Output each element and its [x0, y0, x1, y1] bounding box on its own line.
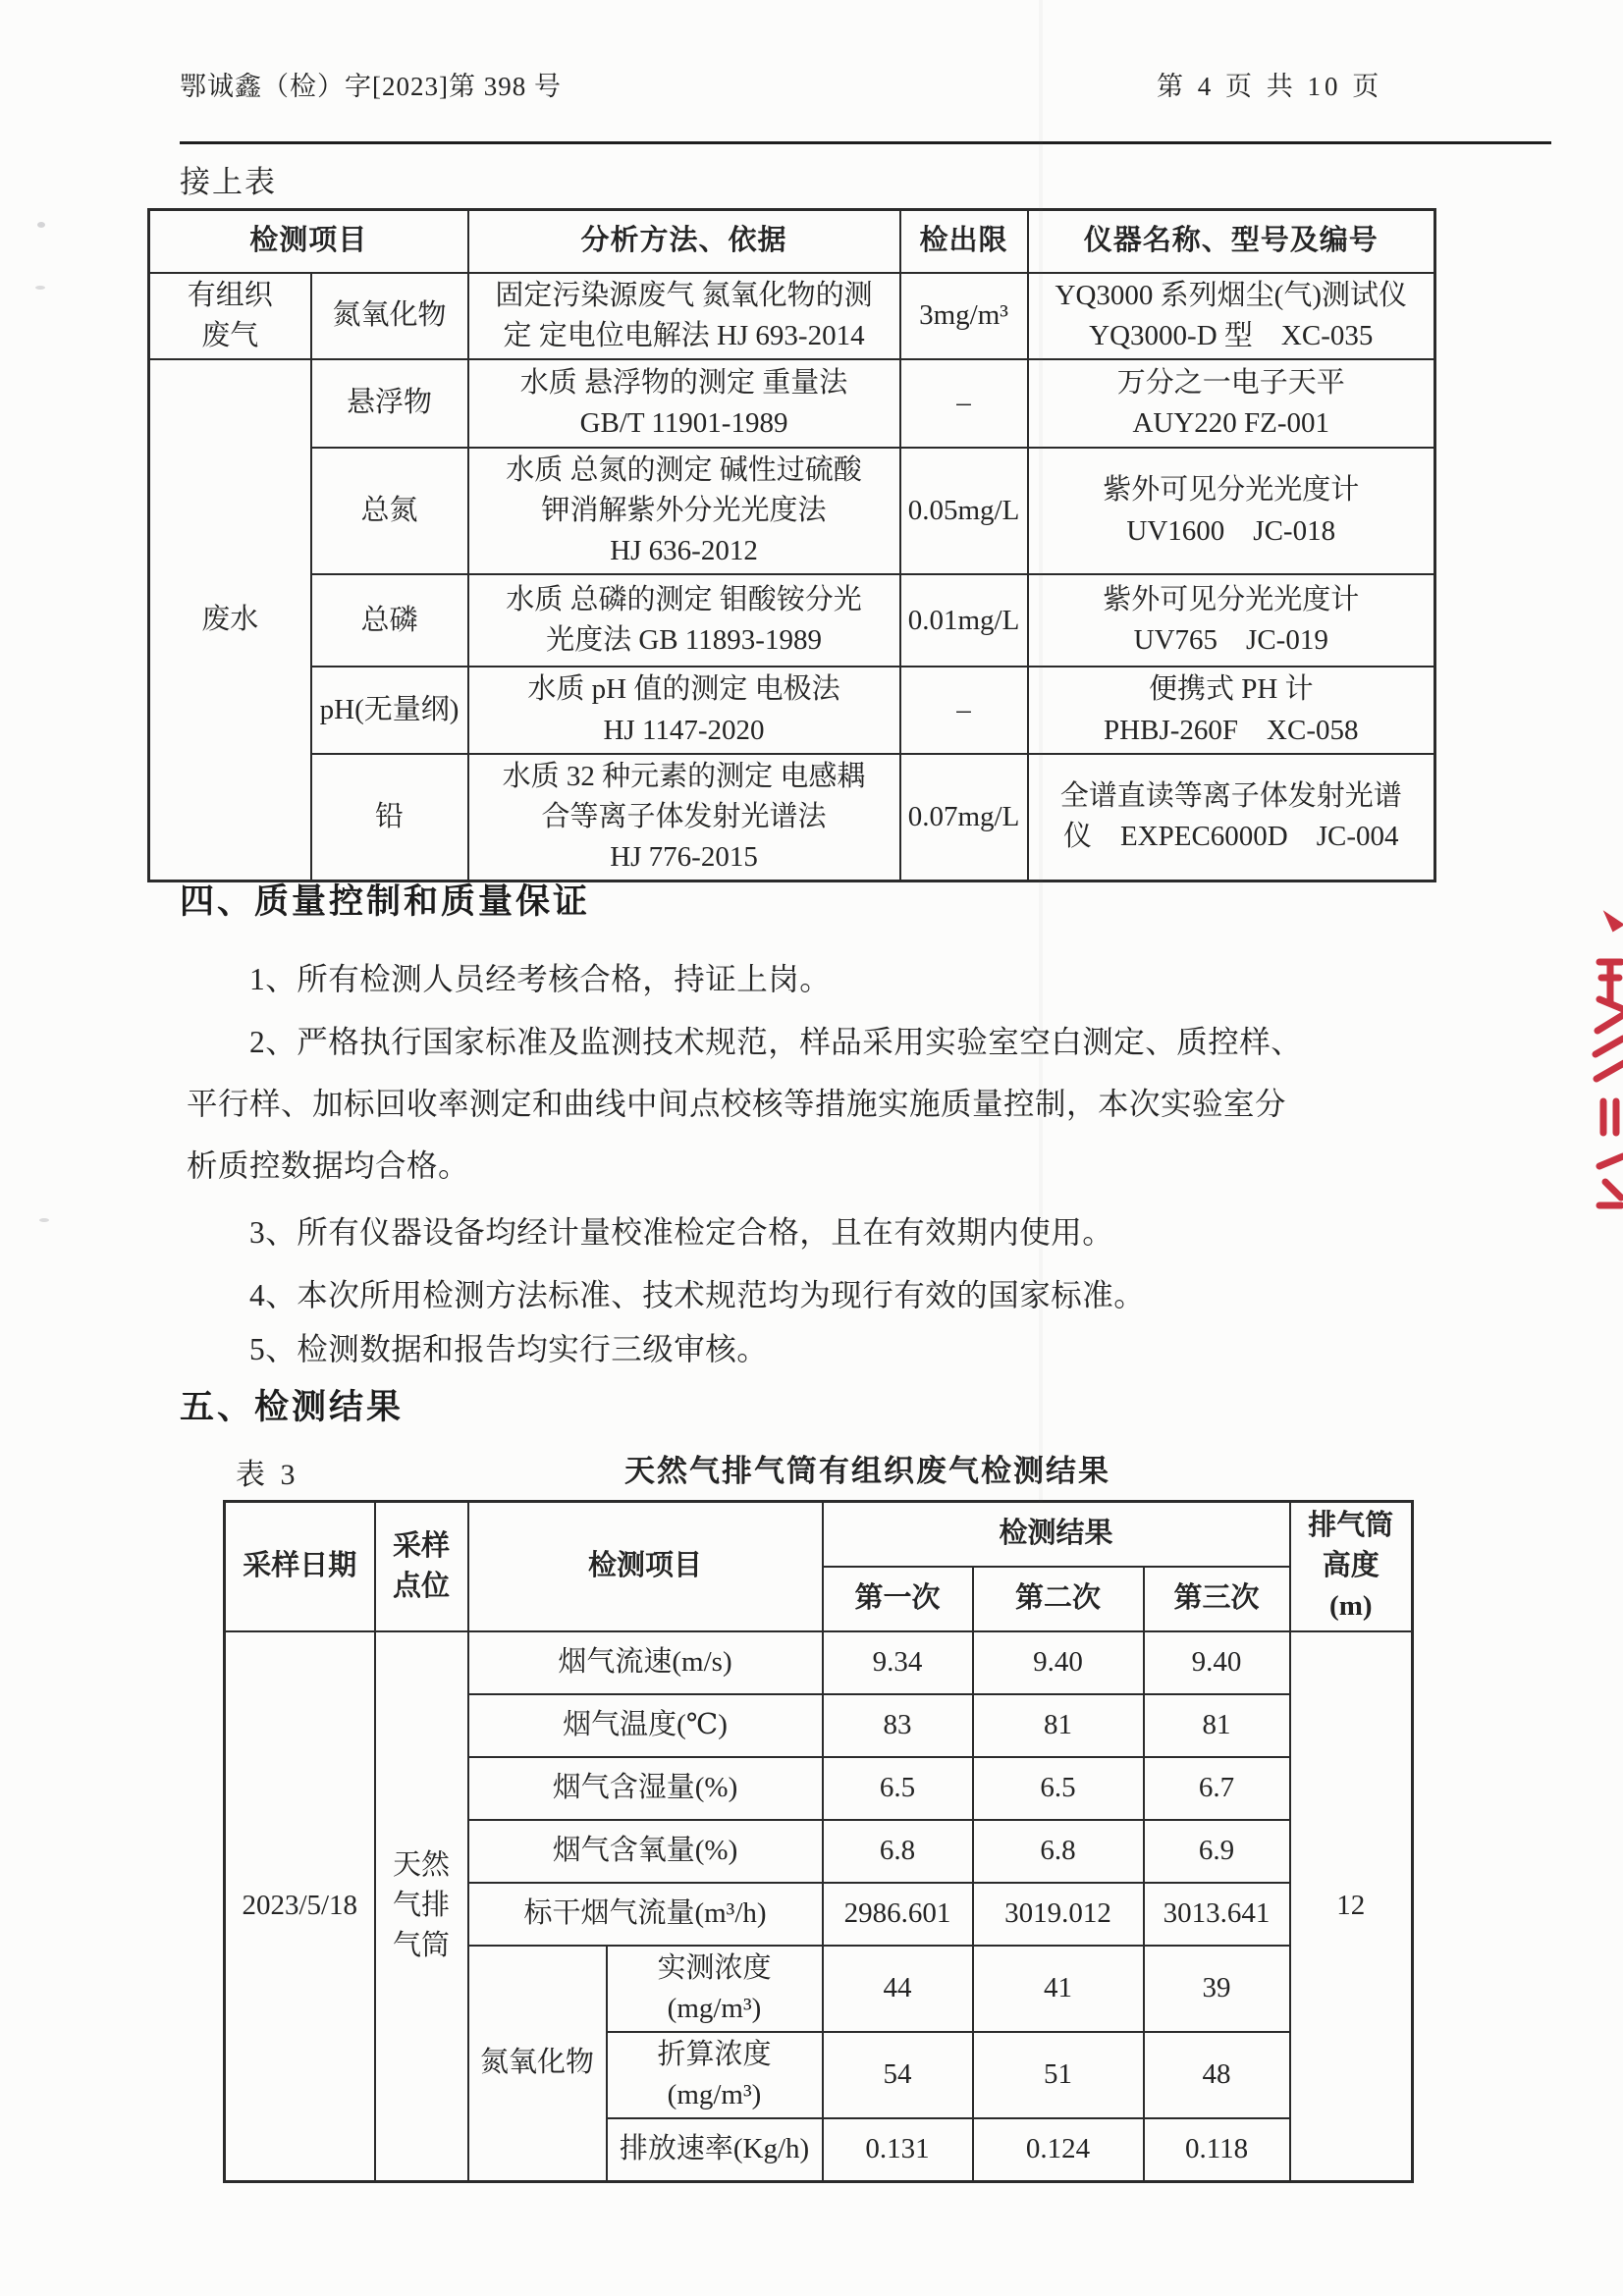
t3-header-run1: 第一次: [823, 1567, 973, 1631]
t3-header-result: 检测结果: [823, 1502, 1290, 1567]
table-row: 总氮 水质 总氮的测定 碱性过硫酸 钾消解紫外分光光度法 HJ 636-2012…: [149, 448, 1435, 575]
t1-method: 水质 总氮的测定 碱性过硫酸 钾消解紫外分光光度法 HJ 636-2012: [468, 448, 900, 575]
t3-value: 51: [973, 2032, 1144, 2118]
t1-item: 氮氧化物: [311, 273, 468, 359]
t3-value: 81: [973, 1694, 1144, 1757]
t1-method: 水质 总磷的测定 钼酸铵分光 光度法 GB 11893-1989: [468, 574, 900, 667]
table-row: 铅 水质 32 种元素的测定 电感耦 合等离子体发射光谱法 HJ 776-201…: [149, 754, 1435, 881]
t3-item: 烟气含氧量(%): [468, 1820, 823, 1883]
t3-value: 6.8: [973, 1820, 1144, 1883]
t3-header-item: 检测项目: [468, 1502, 823, 1631]
scan-speck: [39, 1218, 49, 1222]
t1-method: 固定污染源废气 氮氧化物的测 定 定电位电解法 HJ 693-2014: [468, 273, 900, 359]
t1-instrument: 全谱直读等离子体发射光谱 仪 EXPEC6000D JC-004: [1028, 754, 1435, 881]
header-rule: [180, 141, 1551, 144]
page-indicator: 第 4 页 共 10 页: [1157, 65, 1382, 103]
t3-value: 0.118: [1144, 2118, 1290, 2181]
table-row: pH(无量纲) 水质 pH 值的测定 电极法 HJ 1147-2020 – 便携…: [149, 667, 1435, 753]
table-row: 废水 悬浮物 水质 悬浮物的测定 重量法 GB/T 11901-1989 – 万…: [149, 359, 1435, 448]
t3-header-run2: 第二次: [973, 1567, 1144, 1631]
t3-value: 41: [973, 1946, 1144, 2032]
red-stamp-fragment: [1570, 905, 1623, 1229]
t3-value: 81: [1144, 1694, 1290, 1757]
t1-header-limit: 检出限: [900, 210, 1028, 273]
t1-instrument: 紫外可见分光光度计 UV765 JC-019: [1028, 574, 1435, 667]
scan-speck: [37, 222, 45, 228]
t3-item: 折算浓度(mg/m³): [607, 2032, 823, 2118]
qc-item-3: 3、所有仪器设备均经计量校准检定合格，且在有效期内使用。: [187, 1201, 1443, 1263]
section-4-title: 四、质量控制和质量保证: [180, 875, 590, 924]
t3-item: 实测浓度(mg/m³): [607, 1946, 823, 2032]
t1-group-wastewater: 废水: [149, 359, 311, 881]
t3-value: 9.34: [823, 1631, 973, 1694]
t3-value: 48: [1144, 2032, 1290, 2118]
t3-value: 54: [823, 2032, 973, 2118]
t3-value: 0.124: [973, 2118, 1144, 2181]
qc-item-2: 2、严格执行国家标准及监测技术规范，样品采用实验室空白测定、质控样、 平行样、加…: [187, 1011, 1443, 1197]
t1-limit: 0.01mg/L: [900, 574, 1028, 667]
table-continuation-note: 接上表: [180, 157, 277, 201]
t1-header-method: 分析方法、依据: [468, 210, 900, 273]
t3-value: 6.9: [1144, 1820, 1290, 1883]
t3-item: 标干烟气流量(m³/h): [468, 1883, 823, 1946]
t3-item: 烟气流速(m/s): [468, 1631, 823, 1694]
scan-speck: [35, 286, 45, 290]
t3-value: 3019.012: [973, 1883, 1144, 1946]
qc-item-4: 4、本次所用检测方法标准、技术规范均为现行有效的国家标准。: [187, 1264, 1443, 1326]
t3-sample-date: 2023/5/18: [225, 1631, 375, 2182]
t3-header-run3: 第三次: [1144, 1567, 1290, 1631]
t1-limit: –: [900, 667, 1028, 753]
t1-header-row: 检测项目 分析方法、依据 检出限 仪器名称、型号及编号: [149, 210, 1435, 273]
t1-header-item: 检测项目: [149, 210, 468, 273]
t1-header-instrument: 仪器名称、型号及编号: [1028, 210, 1435, 273]
t3-value: 6.5: [823, 1757, 973, 1820]
t3-value: 44: [823, 1946, 973, 2032]
t1-limit: 0.07mg/L: [900, 754, 1028, 881]
t1-group-gas: 有组织 废气: [149, 273, 311, 359]
t3-value: 6.7: [1144, 1757, 1290, 1820]
scanned-report-page: 鄂诚鑫（检）字[2023]第 398 号 第 4 页 共 10 页 接上表 检测…: [0, 0, 1623, 2296]
t1-item: 总磷: [311, 574, 468, 667]
qc-item-1: 1、所有检测人员经考核合格，持证上岗。: [187, 948, 1443, 1010]
table-row: 总磷 水质 总磷的测定 钼酸铵分光 光度法 GB 11893-1989 0.01…: [149, 574, 1435, 667]
emission-results-table: 采样日期 采样 点位 检测项目 检测结果 排气筒 高度 (m) 第一次 第二次 …: [223, 1500, 1414, 2183]
t1-instrument: 便携式 PH 计 PHBJ-260F XC-058: [1028, 667, 1435, 753]
t1-instrument: 万分之一电子天平 AUY220 FZ-001: [1028, 359, 1435, 448]
qc-item-5: 5、检测数据和报告均实行三级审核。: [187, 1318, 1443, 1380]
table3-label: 表 3: [236, 1450, 299, 1493]
t1-instrument: YQ3000 系列烟尘(气)测试仪 YQ3000-D 型 XC-035: [1028, 273, 1435, 359]
t1-instrument: 紫外可见分光光度计 UV1600 JC-018: [1028, 448, 1435, 575]
t1-item: pH(无量纲): [311, 667, 468, 753]
t1-method: 水质 32 种元素的测定 电感耦 合等离子体发射光谱法 HJ 776-2015: [468, 754, 900, 881]
t3-value: 3013.641: [1144, 1883, 1290, 1946]
t3-item: 排放速率(Kg/h): [607, 2118, 823, 2181]
t3-header-date: 采样日期: [225, 1502, 375, 1631]
t1-item: 总氮: [311, 448, 468, 575]
t3-value: 9.40: [1144, 1631, 1290, 1694]
t3-sample-point: 天然 气排 气筒: [375, 1631, 468, 2182]
t1-method: 水质 悬浮物的测定 重量法 GB/T 11901-1989: [468, 359, 900, 448]
t1-item: 铅: [311, 754, 468, 881]
t1-limit: –: [900, 359, 1028, 448]
t3-item: 烟气含湿量(%): [468, 1757, 823, 1820]
t3-value: 9.40: [973, 1631, 1144, 1694]
t3-value: 83: [823, 1694, 973, 1757]
t1-method: 水质 pH 值的测定 电极法 HJ 1147-2020: [468, 667, 900, 753]
t3-value: 6.8: [823, 1820, 973, 1883]
section-5-title: 五、检测结果: [180, 1380, 404, 1429]
t3-nox-group: 氮氧化物: [468, 1946, 607, 2182]
t1-limit: 0.05mg/L: [900, 448, 1028, 575]
method-instrument-table: 检测项目 分析方法、依据 检出限 仪器名称、型号及编号 有组织 废气 氮氧化物 …: [147, 208, 1436, 882]
t1-item: 悬浮物: [311, 359, 468, 448]
table-row: 2023/5/18 天然 气排 气筒 烟气流速(m/s) 9.34 9.40 9…: [225, 1631, 1413, 1694]
t3-item: 烟气温度(℃): [468, 1694, 823, 1757]
table-row: 有组织 废气 氮氧化物 固定污染源废气 氮氧化物的测 定 定电位电解法 HJ 6…: [149, 273, 1435, 359]
t3-header-stack-height: 排气筒 高度 (m): [1290, 1502, 1413, 1631]
scan-streak: [1039, 0, 1043, 1502]
t3-header-point: 采样 点位: [375, 1502, 468, 1631]
t3-stack-height-value: 12: [1290, 1631, 1413, 2182]
t1-limit: 3mg/m³: [900, 273, 1028, 359]
t3-value: 6.5: [973, 1757, 1144, 1820]
t3-value: 2986.601: [823, 1883, 973, 1946]
t3-value: 39: [1144, 1946, 1290, 2032]
t3-header-row-1: 采样日期 采样 点位 检测项目 检测结果 排气筒 高度 (m): [225, 1502, 1413, 1567]
report-number: 鄂诚鑫（检）字[2023]第 398 号: [180, 65, 562, 103]
t3-value: 0.131: [823, 2118, 973, 2181]
table3-title: 天然气排气筒有组织废气检测结果: [624, 1446, 1110, 1490]
